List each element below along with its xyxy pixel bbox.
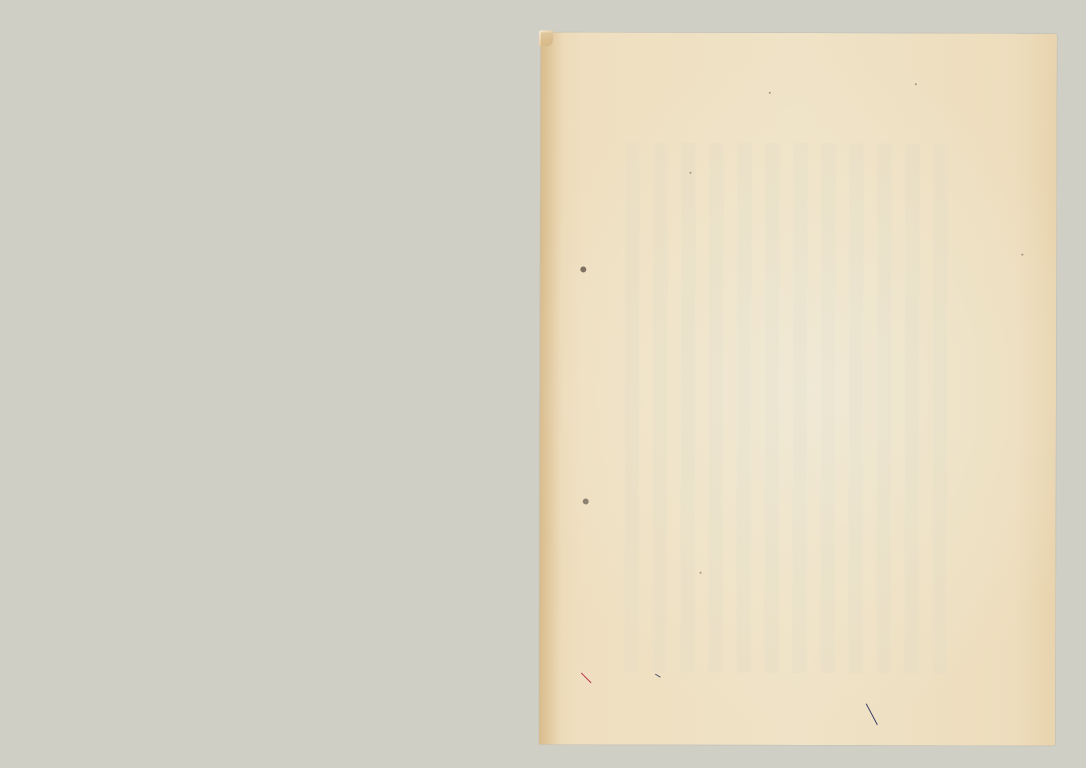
stain-spot — [700, 572, 702, 574]
pen-mark — [581, 673, 592, 684]
folded-corner — [539, 30, 553, 46]
stain-spot — [1021, 254, 1023, 256]
paper-sheet — [539, 32, 1057, 745]
text-show-through — [624, 143, 955, 674]
stain-spot — [690, 172, 692, 174]
stain-spot — [583, 498, 589, 504]
pen-mark — [655, 674, 661, 678]
stain-spot — [580, 266, 586, 272]
stain-spot — [915, 83, 917, 85]
stain-spot — [769, 92, 771, 94]
sheet-spots — [541, 32, 1057, 33]
pen-mark — [866, 703, 878, 725]
sheet-marks — [541, 32, 1057, 33]
